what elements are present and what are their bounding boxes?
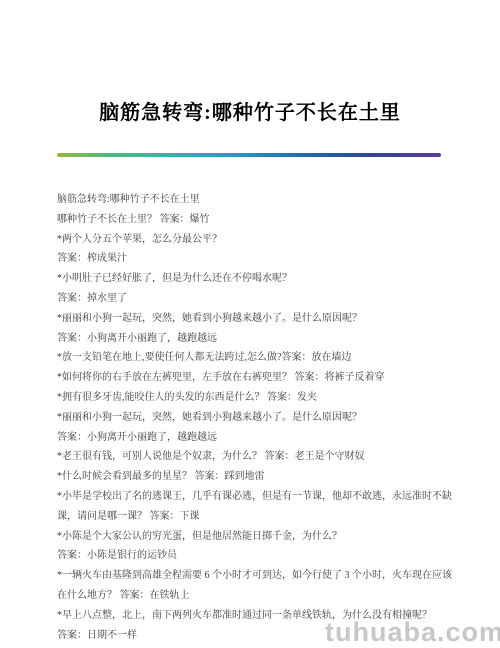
divider-gradient-bar (57, 153, 441, 157)
text-line: 在什么地方？ 答案：在铁轨上 (57, 586, 447, 606)
text-line: *老王很有钱，可别人说他是个奴隶，为什么？ 答案：老王是个守财奴 (57, 447, 447, 467)
text-line: *放一支铅笔在地上,要使任何人都无法跨过,怎么做?答案：放在墙边 (57, 348, 447, 368)
text-line: *如何将你的右手放在左裤兜里，左手放在右裤兜里？ 答案：将裤子反着穿 (57, 368, 447, 388)
text-line: *什么时候会看到最多的星星？ 答案：踩到地雷 (57, 467, 447, 487)
document-page: 脑筋急转弯:哪种竹子不长在土里 脑筋急转弯:哪种竹子不长在土里哪种竹子不长在土里… (0, 0, 500, 648)
text-line: 答案：小狗离开小丽跑了，越跑越远 (57, 428, 447, 448)
text-line: *小明肚子已经好胀了，但是为什么还在不停喝水呢？ (57, 269, 447, 289)
text-line: *一辆火车由基隆到高雄全程需要 6 个小时才可到达，如今行使了 3 个小时，火车… (57, 566, 447, 586)
text-line: 答案：榨成果汁 (57, 249, 447, 269)
text-line: 哪种竹子不长在土里？ 答案：爆竹 (57, 210, 447, 230)
text-line: *两个人分五个苹果，怎么分最公平？ (57, 230, 447, 250)
text-line: 脑筋急转弯:哪种竹子不长在土里 (57, 190, 447, 210)
text-line: 答案：小狗离开小丽跑了，越跑越远 (57, 329, 447, 349)
document-title: 脑筋急转弯:哪种竹子不长在土里 (0, 96, 500, 125)
text-line: *丽丽和小狗一起玩，突然，她看到小狗越来越小了。是什么原因呢？ (57, 408, 447, 428)
body-text: 脑筋急转弯:哪种竹子不长在土里哪种竹子不长在土里？ 答案：爆竹*两个人分五个苹果… (57, 190, 447, 645)
text-line: *拥有很多牙齿,能咬住人的头发的东西是什么？ 答案：发夹 (57, 388, 447, 408)
text-line: *小毕是学校出了名的逃课王，几乎有课必逃，但是有一节课，他却不敢逃，永远准时不缺 (57, 487, 447, 507)
text-line: *早上八点整，北上，南下两列火车都准时通过同一条单线铁轨，为什么没有相撞呢？ (57, 606, 447, 626)
text-line: 答案：日期不一样 (57, 626, 447, 646)
text-line: *小陈是个大家公认的穷光蛋，但是他居然能日掷千金，为什么？ (57, 527, 447, 547)
text-line: 课，请问是哪一课？ 答案：下课 (57, 507, 447, 527)
text-line: 答案：掉水里了 (57, 289, 447, 309)
text-line: *丽丽和小狗一起玩，突然，她看到小狗越来越小了。是什么原因呢？ (57, 309, 447, 329)
text-line: 答案：小陈是银行的运钞员 (57, 546, 447, 566)
